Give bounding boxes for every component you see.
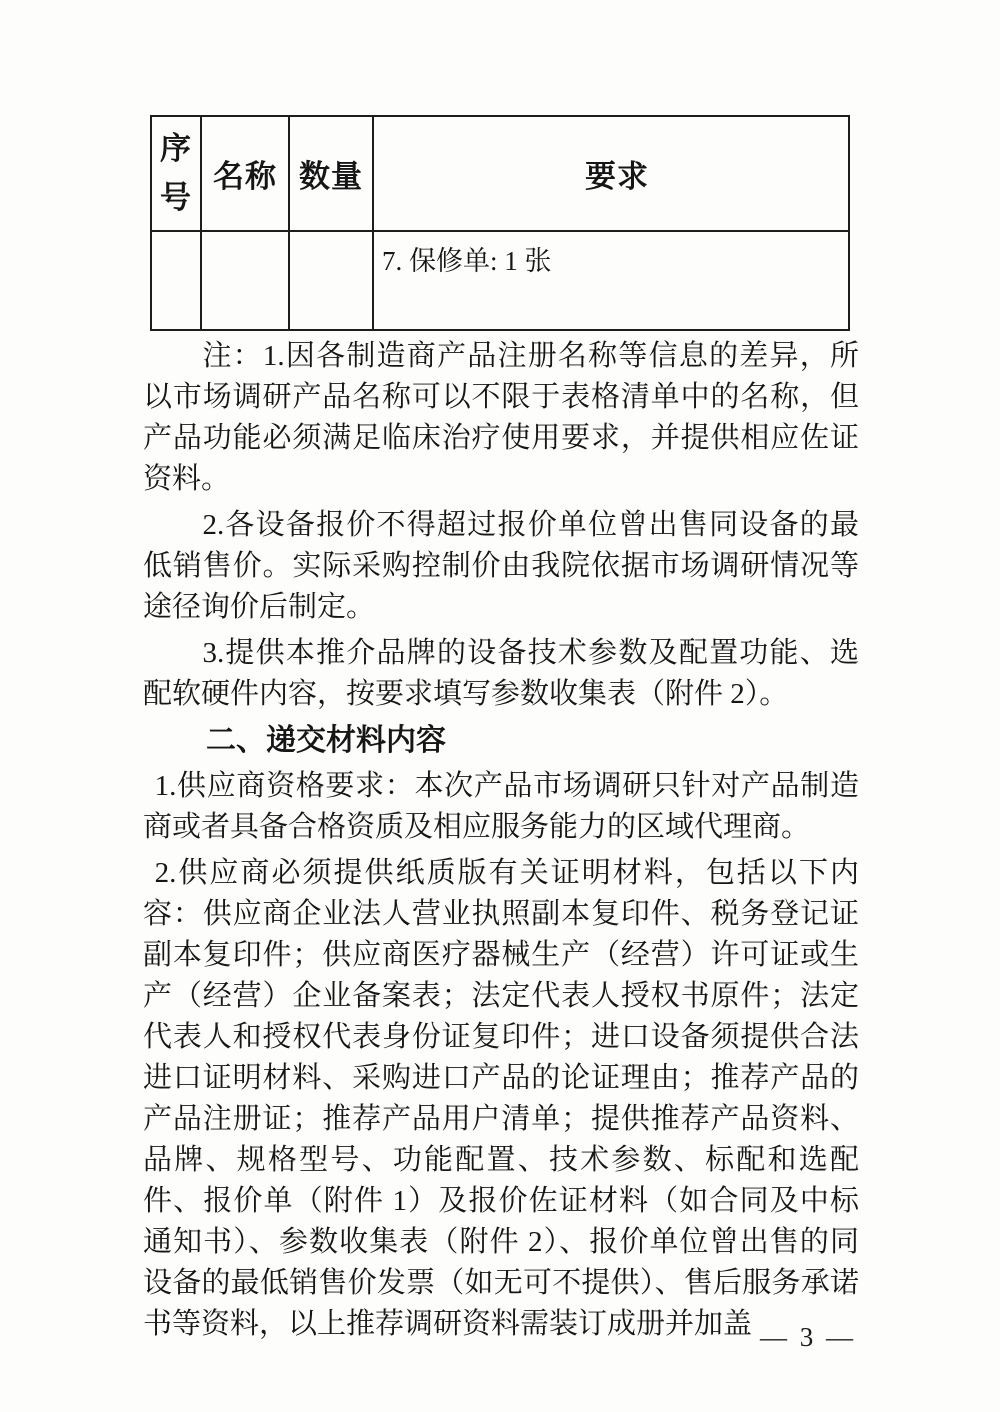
document-page: 序号 名称 数量 要求 7. 保修单: 1 张 注：1.因各制造商产品注册名称等… <box>0 0 1000 1412</box>
body-text-block: 注：1.因各制造商产品注册名称等信息的差异，所以市场调研产品名称可以不限于表格清… <box>143 336 859 1350</box>
item-paragraph-1: 1.供应商资格要求：本次产品市场调研只针对产品制造商或者具备合格资质及相应服务能… <box>143 766 859 848</box>
table-cell-name <box>201 231 289 330</box>
table-row: 7. 保修单: 1 张 <box>151 231 849 330</box>
table-cell-seq <box>151 231 201 330</box>
table-header-name: 名称 <box>201 116 289 231</box>
table-header-req: 要求 <box>373 116 849 231</box>
page-number: — 3 — <box>760 1322 856 1353</box>
note-paragraph-1: 注：1.因各制造商产品注册名称等信息的差异，所以市场调研产品名称可以不限于表格清… <box>143 336 859 500</box>
note-paragraph-2: 2.各设备报价不得超过报价单位曾出售同设备的最低销售价。实际采购控制价由我院依据… <box>143 505 859 628</box>
requirements-table: 序号 名称 数量 要求 7. 保修单: 1 张 <box>150 115 850 331</box>
table-header-row: 序号 名称 数量 要求 <box>151 116 849 231</box>
note-paragraph-3: 3.提供本推介品牌的设备技术参数及配置功能、选配软硬件内容，按要求填写参数收集表… <box>143 633 859 715</box>
table-cell-qty <box>289 231 373 330</box>
item-paragraph-2: 2.供应商必须提供纸质版有关证明材料，包括以下内容：供应商企业法人营业执照副本复… <box>143 853 859 1345</box>
table-header-seq: 序号 <box>151 116 201 231</box>
table-header-qty: 数量 <box>289 116 373 231</box>
section-heading: 二、递交材料内容 <box>143 720 859 761</box>
table-cell-requirement: 7. 保修单: 1 张 <box>373 231 849 330</box>
